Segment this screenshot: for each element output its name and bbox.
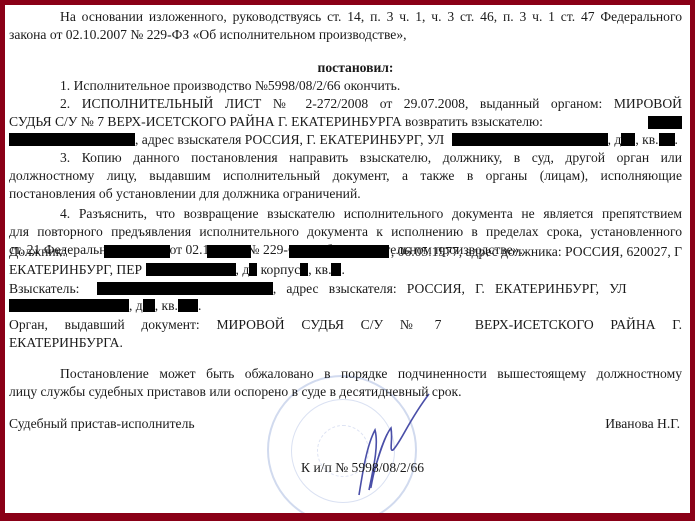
redaction <box>146 263 236 276</box>
intro-line-2: закона от 02.10.2007 № 229-ФЗ «Об исполн… <box>9 26 682 44</box>
item-3-line-1: 3. Копию данного постановления направить… <box>9 149 682 167</box>
debtor-label: Должник: <box>9 243 66 261</box>
claimant-line-1: Взыскатель: , адрес взыскателя: РОССИЯ, … <box>9 280 682 298</box>
item-3-line-2: должностному лицу, выдавшим исполнительн… <box>9 167 682 185</box>
apt-label: , кв. <box>155 298 178 313</box>
redaction <box>621 133 635 146</box>
claimant-details: , адрес взыскателя: РОССИЯ, Г. ЕКАТЕРИНБ… <box>273 281 627 296</box>
redaction <box>104 245 170 258</box>
item-2-line-2-text: СУДЬЯ С/У № 7 ВЕРХ-ИСЕТСКОГО РАЙНА Г. ЕК… <box>9 113 543 131</box>
debtor-details: , 06.05.1977, адрес должника: РОССИЯ, 62… <box>391 243 682 261</box>
period: . <box>341 262 344 277</box>
signer-title: Судебный пристав-исполнитель <box>9 415 682 433</box>
redaction <box>331 263 341 276</box>
item-3-line-3: постановления об установлении для должни… <box>9 185 682 203</box>
building-label: корпус <box>257 262 300 277</box>
item-4-line-2: для повторного предъявления исполнительн… <box>9 223 682 241</box>
redaction <box>452 133 608 146</box>
redaction <box>9 299 129 312</box>
resolution-heading: постановил: <box>9 59 682 77</box>
claimant-address-text: , адрес взыскателя РОССИЯ, Г. ЕКАТЕРИНБУ… <box>135 132 444 147</box>
redaction <box>178 299 198 312</box>
item-2-line-2: СУДЬЯ С/У № 7 ВЕРХ-ИСЕТСКОГО РАЙНА Г. ЕК… <box>9 113 682 131</box>
period: . <box>198 298 201 313</box>
redaction <box>143 299 155 312</box>
organ-line-1: Орган, выдавший документ: МИРОВОЙ СУДЬЯ … <box>9 316 682 334</box>
item-4-line-1: 4. Разъяснить, что возвращение взыскател… <box>9 205 682 223</box>
item-1: 1. Исполнительное производство №5998/08/… <box>9 77 682 95</box>
redaction <box>659 133 675 146</box>
signer-name: Иванова Н.Г. <box>605 415 680 433</box>
debtor-line-1: Должник: , 06.05.1977, адрес должника: Р… <box>9 243 682 261</box>
apt-label: , кв. <box>308 262 331 277</box>
signature <box>345 390 435 500</box>
apt-label: , кв. <box>635 132 658 147</box>
claimant-label: Взыскатель: <box>9 281 79 296</box>
redaction <box>9 133 135 146</box>
item-2-line-1: 2. ИСПОЛНИТЕЛЬНЫЙ ЛИСТ № 2-272/2008 от 2… <box>9 95 682 113</box>
period: . <box>675 132 678 147</box>
house-label: , д <box>236 262 250 277</box>
redaction <box>97 282 273 295</box>
appeal-line-1: Постановление может быть обжаловано в по… <box>9 365 682 383</box>
redaction <box>289 245 389 258</box>
redaction <box>207 245 251 258</box>
redaction <box>648 116 682 129</box>
document-page: На основании изложенного, руководствуясь… <box>5 5 690 513</box>
debtor-address-text: ЕКАТЕРИНБУРГ, ПЕР <box>9 262 142 277</box>
item-2-line-3: , адрес взыскателя РОССИЯ, Г. ЕКАТЕРИНБУ… <box>9 131 682 149</box>
debtor-line-2: ЕКАТЕРИНБУРГ, ПЕР , д корпус, кв.. <box>9 261 682 279</box>
appeal-line-2: лицу службы судебных приставов или оспор… <box>9 383 682 401</box>
claimant-line-2: , д, кв.. <box>9 297 682 315</box>
house-label: , д <box>608 132 622 147</box>
organ-line-2: ЕКАТЕРИНБУРГА. <box>9 334 682 352</box>
case-reference: К и/п № 5998/08/2/66 <box>301 459 424 477</box>
intro-line-1: На основании изложенного, руководствуясь… <box>9 8 682 26</box>
house-label: , д <box>129 298 143 313</box>
